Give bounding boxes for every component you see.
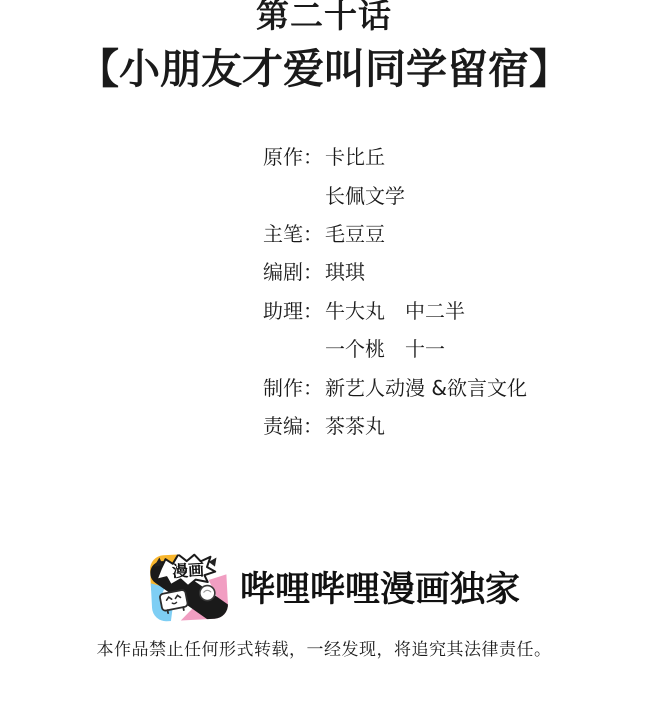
copyright-notice: 本作品禁止任何形式转载，一经发现，将追究其法律责任。 <box>0 635 648 660</box>
credit-label: 制作： <box>263 378 325 398</box>
credit-label: 助理： <box>263 301 325 321</box>
credit-label: 原作： <box>263 147 325 167</box>
credit-value: 牛大丸 中二半 <box>325 301 465 321</box>
credit-row-production: 制作： 新艺人动漫 &欲言文化 <box>263 368 527 406</box>
episode-heading: 第二十话 <box>0 0 648 34</box>
credit-value: 新艺人动漫 &欲言文化 <box>325 378 527 398</box>
bilibili-manga-logo-icon: 漫画 <box>148 551 229 623</box>
credit-label: 主笔： <box>263 224 325 244</box>
credit-row-assistants: 助理： 牛大丸 中二半 <box>263 292 527 330</box>
credits-list: 原作： 卡比丘 长佩文学 主笔： 毛豆豆 编剧： 琪琪 助理： 牛大丸 中二半 … <box>263 138 527 445</box>
credit-value: 一个桃 十一 <box>325 339 445 359</box>
credit-value: 卡比丘 <box>325 147 385 167</box>
credit-row-lead-artist: 主笔： 毛豆豆 <box>263 215 527 253</box>
credit-row-assistants-2: 一个桃 十一 <box>263 330 527 368</box>
credit-value: 茶茶丸 <box>325 416 385 436</box>
credit-row-original-author: 原作： 卡比丘 <box>263 138 527 176</box>
credit-label: 责编： <box>263 416 325 436</box>
chapter-title: 【小朋友才爱叫同学留宿】 <box>0 44 648 95</box>
brand-exclusive-text: 哔哩哔哩漫画独家 <box>240 562 520 612</box>
credit-value: 毛豆豆 <box>325 224 385 244</box>
credit-value: 长佩文学 <box>325 186 405 206</box>
credit-row-editor: 责编： 茶茶丸 <box>263 407 527 445</box>
credit-value: 琪琪 <box>325 262 365 282</box>
brand-row: 漫画 哔哩哔哩漫画独家 <box>150 553 520 621</box>
credit-row-screenwriter: 编剧： 琪琪 <box>263 253 527 291</box>
credits-page: 第二十话 【小朋友才爱叫同学留宿】 原作： 卡比丘 长佩文学 主笔： 毛豆豆 编… <box>0 0 648 727</box>
credit-row-original-source: 长佩文学 <box>263 176 527 214</box>
logo-manga-text: 漫画 <box>172 560 205 581</box>
credit-label: 编剧： <box>263 262 325 282</box>
